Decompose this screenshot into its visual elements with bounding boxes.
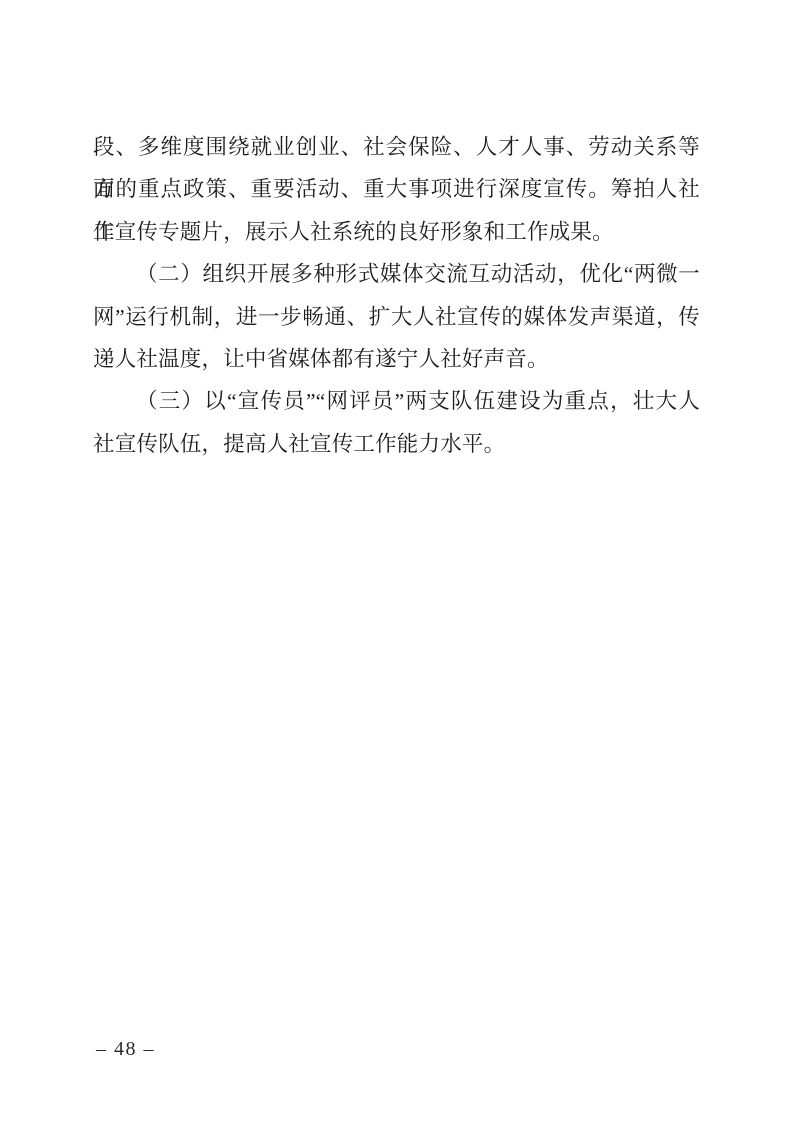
- document-body: 段、多维度围绕就业创业、社会保险、人才人事、劳动关系等方 面的重点政策、重要活动…: [93, 126, 700, 465]
- body-line-7-paragraph-3-start: （三）以“宣传员”“网评员”两支队伍建设为重点，壮大人: [93, 380, 700, 422]
- document-page: 段、多维度围绕就业创业、社会保险、人才人事、劳动关系等方 面的重点政策、重要活动…: [0, 0, 793, 1122]
- page-number: – 48 –: [96, 1037, 155, 1061]
- body-line-1: 段、多维度围绕就业创业、社会保险、人才人事、劳动关系等方: [93, 126, 700, 168]
- body-line-2: 面的重点政策、重要活动、重大事项进行深度宣传。筹拍人社工: [93, 168, 700, 210]
- body-line-3: 作宣传专题片，展示人社系统的良好形象和工作成果。: [93, 211, 700, 253]
- body-line-5: 网”运行机制，进一步畅通、扩大人社宣传的媒体发声渠道，传: [93, 296, 700, 338]
- body-line-4-paragraph-2-start: （二）组织开展多种形式媒体交流互动活动，优化“两微一: [93, 253, 700, 295]
- body-line-6: 递人社温度，让中省媒体都有遂宁人社好声音。: [93, 338, 700, 380]
- body-line-8: 社宣传队伍，提高人社宣传工作能力水平。: [93, 423, 700, 465]
